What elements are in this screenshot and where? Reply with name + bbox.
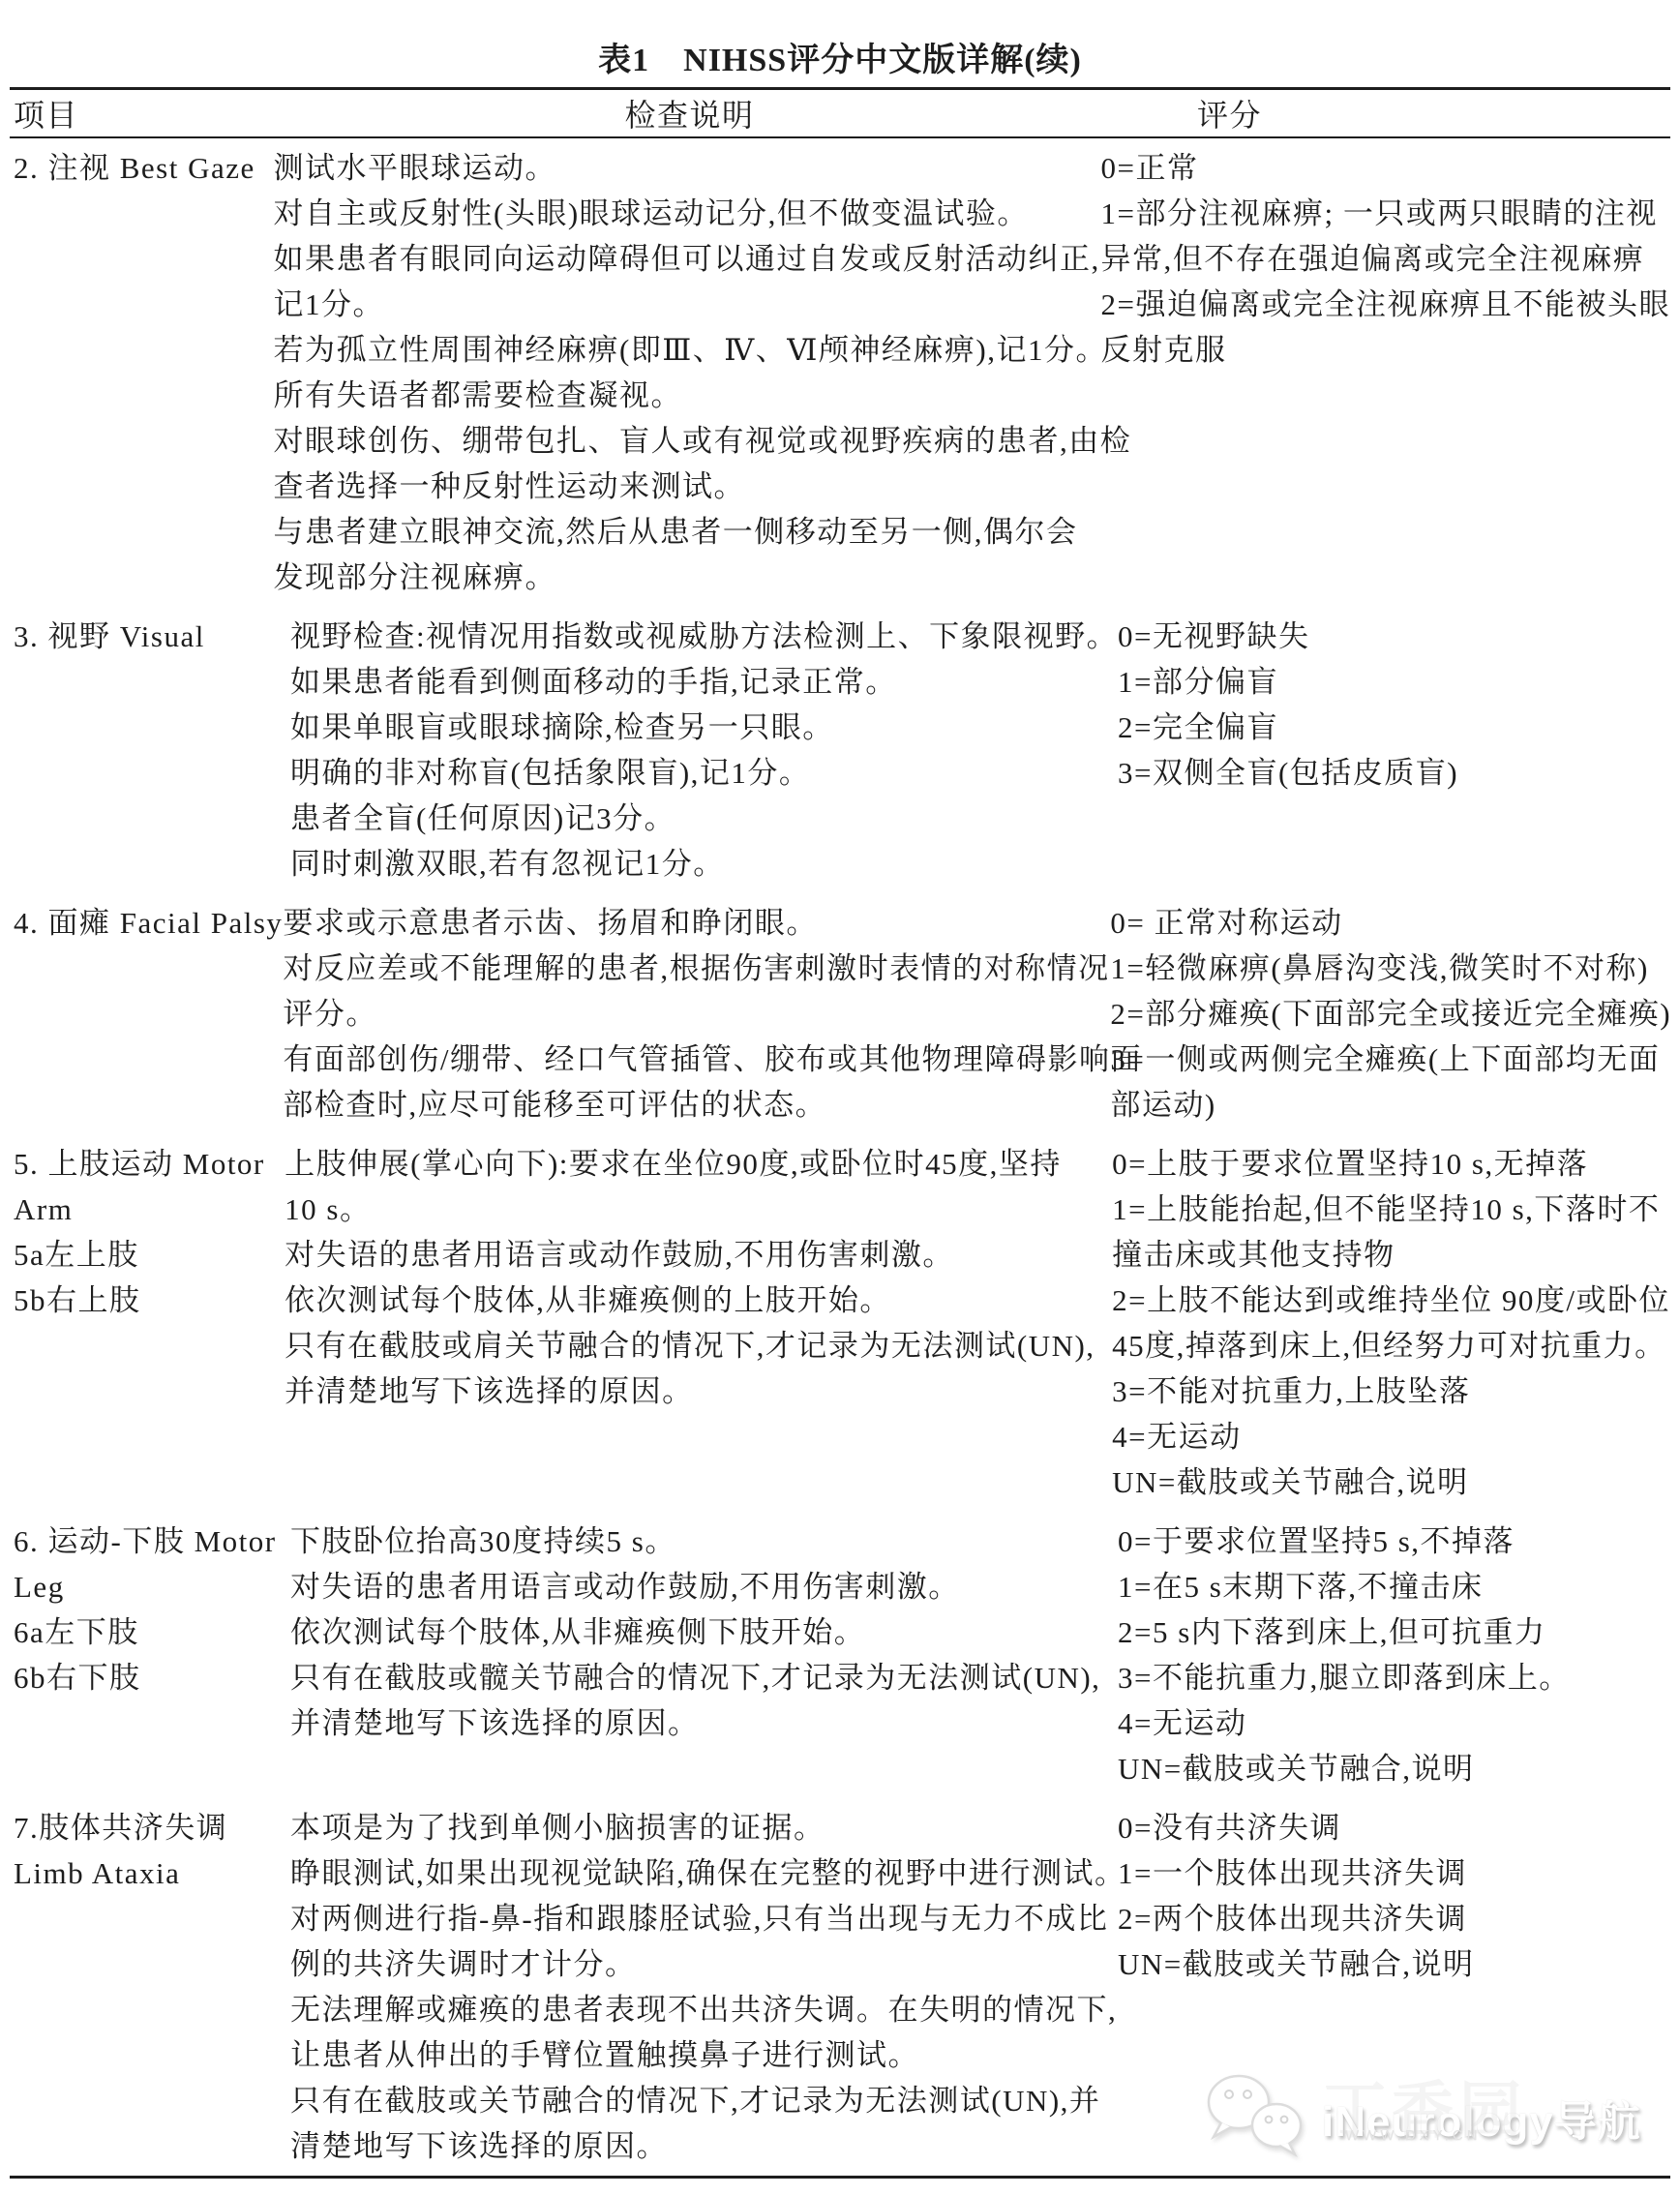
text-line: UN=截肢或关节融合,说明 <box>1118 1746 1670 1791</box>
text-line: 如果患者能看到侧面移动的手指,记录正常。 <box>290 659 1089 705</box>
text-line: 与患者建立眼神交流,然后从患者一侧移动至另一侧,偶尔会 <box>274 509 1072 555</box>
column-header-score: 评分 <box>1089 91 1670 135</box>
column-header-description: 检查说明 <box>290 91 1089 135</box>
text-line: 对自主或反射性(头眼)眼球运动记分,但不做变温试验。 <box>274 191 1072 236</box>
document-page: 表1 NIHSS评分中文版详解(续) 项目 检查说明 评分 2. 注视 Best… <box>0 0 1680 2195</box>
text-line: 撞击床或其他支持物 <box>1112 1232 1670 1278</box>
description-cell: 上肢伸展(掌心向下):要求在坐位90度,或卧位时45度,坚持10 s。对失语的患… <box>285 1141 1083 1414</box>
text-line: 3. 视野 Visual <box>14 614 290 659</box>
text-line: 清楚地写下该选择的原因。 <box>290 2123 1089 2169</box>
text-line: 45度,掉落到床上,但经努力可对抗重力。 <box>1112 1323 1670 1368</box>
text-line: 对失语的患者用语言或动作鼓励,不用伤害刺激。 <box>285 1232 1083 1278</box>
text-line: 并清楚地写下该选择的原因。 <box>285 1368 1083 1414</box>
text-line: 3=一侧或两侧完全瘫痪(上下面部均无面 <box>1110 1037 1671 1082</box>
item-cell: 3. 视野 Visual <box>10 614 290 659</box>
text-line: 2=完全偏盲 <box>1118 705 1670 750</box>
text-line: 发现部分注视麻痹。 <box>274 555 1072 600</box>
text-line: UN=截肢或关节融合,说明 <box>1118 1941 1670 1987</box>
text-line: 6b右下肢 <box>14 1655 290 1700</box>
text-line: 依次测试每个肢体,从非瘫痪侧的上肢开始。 <box>285 1278 1083 1323</box>
text-line: 本项是为了找到单侧小脑损害的证据。 <box>290 1805 1089 1850</box>
text-line: 测试水平眼球运动。 <box>274 145 1072 191</box>
text-line: 2=部分瘫痪(下面部完全或接近完全瘫痪) <box>1110 991 1671 1037</box>
text-line: 查者选择一种反射性运动来测试。 <box>274 464 1072 509</box>
text-line: 评分。 <box>283 991 1081 1037</box>
text-line: 依次测试每个肢体,从非瘫痪侧下肢开始。 <box>290 1609 1089 1655</box>
text-line: 1=部分注视麻痹; 一只或两只眼睛的注视 <box>1101 191 1670 236</box>
text-line: 有面部创伤/绷带、经口气管插管、胶布或其他物理障碍影响面 <box>283 1037 1081 1082</box>
text-line: 3=不能抗重力,腿立即落到床上。 <box>1118 1655 1670 1700</box>
dxy-url-watermark: WWW.DXY.CN <box>1345 2127 1482 2144</box>
text-line: 1=部分偏盲 <box>1118 659 1670 705</box>
text-line: 7.肢体共济失调 <box>14 1805 290 1850</box>
text-line: 上肢伸展(掌心向下):要求在坐位90度,或卧位时45度,坚持 <box>285 1141 1083 1187</box>
text-line: Limb Ataxia <box>14 1850 290 1896</box>
text-line: 只有在截肢或肩关节融合的情况下,才记录为无法测试(UN), <box>285 1323 1083 1368</box>
item-cell: 4. 面瘫 Facial Palsy <box>10 900 283 946</box>
table-row: 6. 运动-下肢 MotorLeg6a左下肢6b右下肢 下肢卧位抬高30度持续5… <box>10 1512 1670 1798</box>
text-line: 反射克服 <box>1101 327 1670 373</box>
text-line: Arm <box>14 1187 285 1232</box>
text-line: 4=无运动 <box>1112 1414 1670 1459</box>
text-line: 2=上肢不能达到或维持坐位 90度/或卧位 <box>1112 1278 1670 1323</box>
text-line: 10 s。 <box>285 1187 1083 1232</box>
description-cell: 本项是为了找到单侧小脑损害的证据。睁眼测试,如果出现视觉缺陷,确保在完整的视野中… <box>290 1805 1089 2169</box>
nihss-table: 项目 检查说明 评分 2. 注视 Best Gaze 测试水平眼球运动。对自主或… <box>10 87 1670 2179</box>
description-cell: 下肢卧位抬高30度持续5 s。对失语的患者用语言或动作鼓励,不用伤害刺激。依次测… <box>290 1518 1089 1746</box>
description-cell: 测试水平眼球运动。对自主或反射性(头眼)眼球运动记分,但不做变温试验。如果患者有… <box>274 145 1072 600</box>
item-cell: 6. 运动-下肢 MotorLeg6a左下肢6b右下肢 <box>10 1518 290 1700</box>
item-cell: 7.肢体共济失调Limb Ataxia <box>10 1805 290 1896</box>
score-cell: 0=上肢于要求位置坚持10 s,无掉落1=上肢能抬起,但不能坚持10 s,下落时… <box>1083 1141 1670 1505</box>
text-line: 2=5 s内下落到床上,但可抗重力 <box>1118 1609 1670 1655</box>
table-row: 5. 上肢运动 MotorArm5a左上肢5b右上肢 上肢伸展(掌心向下):要求… <box>10 1134 1670 1512</box>
text-line: 6. 运动-下肢 Motor <box>14 1518 290 1564</box>
brand-watermark: 丁香园 iNeurology导航 WWW.D <box>1200 2067 1655 2168</box>
text-line: 记1分。 <box>274 282 1072 327</box>
text-line: 无法理解或瘫痪的患者表现不出共济失调。在失明的情况下, <box>290 1987 1089 2032</box>
text-line: 0= 正常对称运动 <box>1110 900 1671 946</box>
text-line: 2=强迫偏离或完全注视麻痹且不能被头眼 <box>1101 282 1670 327</box>
text-line: 5. 上肢运动 Motor <box>14 1141 285 1187</box>
table-body: 2. 注视 Best Gaze 测试水平眼球运动。对自主或反射性(头眼)眼球运动… <box>10 138 1670 2179</box>
text-line: 4. 面瘫 Facial Palsy <box>14 900 283 946</box>
text-line: 0=没有共济失调 <box>1118 1805 1670 1850</box>
column-header-item: 项目 <box>10 91 290 135</box>
text-line: 4=无运动 <box>1118 1700 1670 1746</box>
wechat-bubbles-icon <box>1200 2069 1312 2167</box>
text-line: 让患者从伸出的手臂位置触摸鼻子进行测试。 <box>290 2032 1089 2078</box>
score-cell: 0= 正常对称运动1=轻微麻痹(鼻唇沟变浅,微笑时不对称)2=部分瘫痪(下面部完… <box>1081 900 1671 1128</box>
text-line: 6a左下肢 <box>14 1609 290 1655</box>
text-line: 只有在截肢或关节融合的情况下,才记录为无法测试(UN),并 <box>290 2078 1089 2123</box>
score-cell: 0=于要求位置坚持5 s,不掉落1=在5 s末期下落,不撞击床2=5 s内下落到… <box>1089 1518 1670 1791</box>
text-line: 3=不能对抗重力,上肢坠落 <box>1112 1368 1670 1414</box>
text-line: 2. 注视 Best Gaze <box>14 145 274 191</box>
text-line: 只有在截肢或髋关节融合的情况下,才记录为无法测试(UN), <box>290 1655 1089 1700</box>
text-line: 1=上肢能抬起,但不能坚持10 s,下落时不 <box>1112 1187 1670 1232</box>
text-line: 部检查时,应尽可能移至可评估的状态。 <box>283 1082 1081 1128</box>
text-line: 若为孤立性周围神经麻痹(即Ⅲ、Ⅳ、Ⅵ颅神经麻痹),记1分。 <box>274 327 1072 373</box>
item-cell: 5. 上肢运动 MotorArm5a左上肢5b右上肢 <box>10 1141 285 1323</box>
text-line: 对两侧进行指-鼻-指和跟膝胫试验,只有当出现与无力不成比 <box>290 1896 1089 1941</box>
text-line: 2=两个肢体出现共济失调 <box>1118 1896 1670 1941</box>
text-line: 部运动) <box>1110 1082 1671 1128</box>
text-line: 同时刺激双眼,若有忽视记1分。 <box>290 841 1089 887</box>
text-line: 5b右上肢 <box>14 1278 285 1323</box>
text-line: 如果患者有眼同向运动障碍但可以通过自发或反射活动纠正, <box>274 236 1072 282</box>
text-line: 如果单眼盲或眼球摘除,检查另一只眼。 <box>290 705 1089 750</box>
text-line: 要求或示意患者示齿、扬眉和睁闭眼。 <box>283 900 1081 946</box>
text-line: 0=正常 <box>1101 145 1670 191</box>
text-line: 明确的非对称盲(包括象限盲),记1分。 <box>290 750 1089 796</box>
text-line: 对反应差或不能理解的患者,根据伤害刺激时表情的对称情况 <box>283 946 1081 991</box>
text-line: 并清楚地写下该选择的原因。 <box>290 1700 1089 1746</box>
text-line: 异常,但不存在强迫偏离或完全注视麻痹 <box>1101 236 1670 282</box>
text-line: 0=于要求位置坚持5 s,不掉落 <box>1118 1518 1670 1564</box>
text-line: 1=轻微麻痹(鼻唇沟变浅,微笑时不对称) <box>1110 946 1671 991</box>
table-row: 4. 面瘫 Facial Palsy 要求或示意患者示齿、扬眉和睁闭眼。对反应差… <box>10 893 1670 1134</box>
description-cell: 要求或示意患者示齿、扬眉和睁闭眼。对反应差或不能理解的患者,根据伤害刺激时表情的… <box>283 900 1081 1128</box>
description-cell: 视野检查:视情况用指数或视威胁方法检测上、下象限视野。如果患者能看到侧面移动的手… <box>290 614 1089 887</box>
table-row: 3. 视野 Visual 视野检查:视情况用指数或视威胁方法检测上、下象限视野。… <box>10 607 1670 893</box>
text-line: 0=无视野缺失 <box>1118 614 1670 659</box>
text-line: 例的共济失调时才计分。 <box>290 1941 1089 1987</box>
table-header-row: 项目 检查说明 评分 <box>10 87 1670 138</box>
score-cell: 0=没有共济失调1=一个肢体出现共济失调2=两个肢体出现共济失调UN=截肢或关节… <box>1089 1805 1670 1987</box>
table-row: 2. 注视 Best Gaze 测试水平眼球运动。对自主或反射性(头眼)眼球运动… <box>10 138 1670 607</box>
text-line: 1=一个肢体出现共济失调 <box>1118 1850 1670 1896</box>
text-line: 睁眼测试,如果出现视觉缺陷,确保在完整的视野中进行测试。 <box>290 1850 1089 1896</box>
text-line: 下肢卧位抬高30度持续5 s。 <box>290 1518 1089 1564</box>
text-line: 0=上肢于要求位置坚持10 s,无掉落 <box>1112 1141 1670 1187</box>
page-title: 表1 NIHSS评分中文版详解(续) <box>0 33 1680 80</box>
text-line: 所有失语者都需要检查凝视。 <box>274 373 1072 418</box>
text-line: 对失语的患者用语言或动作鼓励,不用伤害刺激。 <box>290 1564 1089 1609</box>
text-line: 3=双侧全盲(包括皮质盲) <box>1118 750 1670 796</box>
text-line: 5a左上肢 <box>14 1232 285 1278</box>
text-line: 视野检查:视情况用指数或视威胁方法检测上、下象限视野。 <box>290 614 1089 659</box>
score-cell: 0=正常1=部分注视麻痹; 一只或两只眼睛的注视异常,但不存在强迫偏离或完全注视… <box>1072 145 1670 373</box>
text-line: UN=截肢或关节融合,说明 <box>1112 1459 1670 1505</box>
text-line: 1=在5 s末期下落,不撞击床 <box>1118 1564 1670 1609</box>
score-cell: 0=无视野缺失1=部分偏盲2=完全偏盲3=双侧全盲(包括皮质盲) <box>1089 614 1670 796</box>
text-line: Leg <box>14 1564 290 1609</box>
text-line: 患者全盲(任何原因)记3分。 <box>290 796 1089 841</box>
text-line: 对眼球创伤、绷带包扎、盲人或有视觉或视野疾病的患者,由检 <box>274 418 1072 464</box>
item-cell: 2. 注视 Best Gaze <box>10 145 274 191</box>
